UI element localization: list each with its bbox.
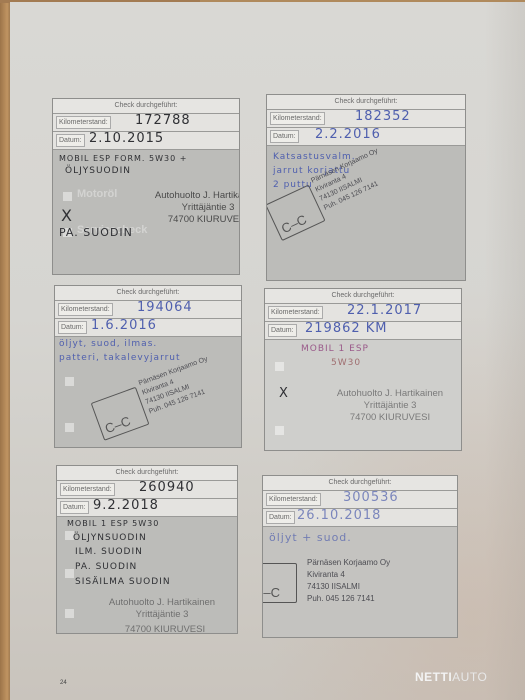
handwritten-note: ÖLJYSUODIN <box>65 166 131 176</box>
date-row: Datum: 2.2.2016 <box>267 128 465 146</box>
date-value: 2.2.2016 <box>315 126 381 143</box>
date-row: Datum: 9.2.2018 <box>57 499 237 517</box>
odometer-value: 300536 <box>343 489 399 506</box>
date-row: Datum: 26.10.2018 <box>263 509 457 527</box>
entry-notes-area: öljyt + suod. C–C Pärnäsen Korjaamo Oy K… <box>263 527 457 637</box>
date-value: 1.6.2016 <box>91 317 157 334</box>
date-label: Datum: <box>268 324 297 337</box>
car-logo-icon: C–C <box>263 563 297 603</box>
date-value: 9.2.2018 <box>93 497 159 514</box>
date-value: 26.10.2018 <box>297 507 381 524</box>
handwritten-note: PA. SUODIN <box>75 562 137 572</box>
handwritten-note: öljyt, suod, ilmas. <box>59 339 157 349</box>
entry-notes-area: MOBIL 1 ESP 5W30 ÖLJYNSUODIN ILM. SUODIN… <box>57 517 237 633</box>
odometer-value: 172788 <box>135 112 191 129</box>
odometer-label: Kilometerstand: <box>56 116 111 129</box>
stamp-line: Kiviranta 4 <box>307 569 390 581</box>
page-number: 24 <box>60 680 67 686</box>
odometer-value: 182352 <box>355 108 411 125</box>
odometer-label: Kilometerstand: <box>268 306 323 319</box>
stamp-line: Autohuolto J. Hartikainen <box>305 388 461 400</box>
watermark-light: AUTO <box>452 670 487 684</box>
checkbox-label: Motoröl <box>77 188 117 200</box>
workshop-stamp-hartikainen: Autohuolto J. Hartikainen Yrittäjäntie 3 <box>87 597 237 621</box>
entry-notes-area: Motoröl Servicecheck MOBIL ESP FORM. 5W3… <box>53 150 239 274</box>
check-mark: X <box>61 206 73 225</box>
stamp-line: Autohuolto J. Hartikainen <box>87 597 237 609</box>
stamp-line: Yrittäjäntie 3 <box>87 609 237 621</box>
date-row: Datum: 2.10.2015 <box>53 132 239 150</box>
checkbox <box>275 426 284 435</box>
checkbox <box>65 609 74 618</box>
nettiauto-watermark: NETTIAUTO <box>415 670 487 684</box>
workshop-stamp-hartikainen: Autohuolto J. Hartikainen Yrittäjäntie 3… <box>133 190 239 226</box>
stamp-line: 74700 KIURUVESI <box>305 412 461 424</box>
odometer-label: Kilometerstand: <box>266 493 321 506</box>
checkbox <box>65 377 74 386</box>
check-mark: X <box>279 386 289 401</box>
stamp-line: 74700 KIURUVESI <box>133 214 239 226</box>
watermark-bold: NETTI <box>415 670 452 684</box>
odometer-label: Kilometerstand: <box>60 483 115 496</box>
entry-notes-area: Katsastusvalm. jarrut korjattu 2 puttu C… <box>267 146 465 280</box>
service-entry-5: Check durchgeführt: Kilometerstand: 2609… <box>56 465 238 634</box>
stamp-line: 74130 IISALMI <box>307 581 390 593</box>
handwritten-note: PA. SUODIN <box>59 226 133 239</box>
odometer-value: 260940 <box>139 479 195 496</box>
date-row: Datum: 219862 KM <box>265 322 461 340</box>
handwritten-note: ILM. SUODIN <box>75 547 143 557</box>
handwritten-note: MOBIL 1 ESP 5W30 <box>67 519 159 528</box>
date-label: Datum: <box>56 134 85 147</box>
stamp-line: Yrittäjäntie 3 <box>133 202 239 214</box>
handwritten-note: 5W30 <box>331 358 361 368</box>
date-label: Datum: <box>266 511 295 524</box>
service-entry-4: Check durchgeführt: Kilometerstand: 22.1… <box>264 288 462 451</box>
checkbox <box>63 192 72 201</box>
service-entry-6: Check durchgeführt: Kilometerstand: 3005… <box>262 475 458 638</box>
date-value: 2.10.2015 <box>89 130 164 147</box>
date-label: Datum: <box>270 130 299 143</box>
handwritten-note: SISÄILMA SUODIN <box>75 577 171 587</box>
stamp-line: Autohuolto J. Hartikainen <box>133 190 239 202</box>
workshop-stamp-hartikainen: Autohuolto J. Hartikainen Yrittäjäntie 3… <box>305 388 461 424</box>
checkbox <box>65 423 74 432</box>
date-label: Datum: <box>58 321 87 334</box>
odometer-label: Kilometerstand: <box>270 112 325 125</box>
odometer-label: Kilometerstand: <box>58 303 113 316</box>
service-entry-3: Check durchgeführt: Kilometerstand: 1940… <box>54 285 242 448</box>
handwritten-note: patteri, takalevyjarrut <box>59 353 181 363</box>
date-row: Datum: 1.6.2016 <box>55 319 241 337</box>
stamp-line: Pärnäsen Korjaamo Oy <box>307 557 390 569</box>
handwritten-note: ÖLJYNSUODIN <box>73 533 147 543</box>
handwritten-note: MOBIL ESP FORM. 5W30 + <box>59 154 187 163</box>
service-entry-2: Check durchgeführt: Kilometerstand: 1823… <box>266 94 466 281</box>
entry-notes-area: MOBIL 1 ESP 5W30 X Autohuolto J. Hartika… <box>265 340 461 450</box>
odometer-value: 194064 <box>137 299 193 316</box>
stamp-line: Puh. 045 126 7141 <box>307 593 390 605</box>
car-logo-icon: C–C <box>91 387 150 441</box>
date-label: Datum: <box>60 501 89 514</box>
service-entry-1: Check durchgeführt: Kilometerstand: 1727… <box>52 98 240 275</box>
checkbox <box>275 362 284 371</box>
handwritten-note: MOBIL 1 ESP <box>301 344 369 354</box>
stamp-overflow-line: 74700 KIURUVESI <box>90 624 240 636</box>
checkbox <box>65 569 74 578</box>
handwritten-note: öljyt + suod. <box>269 531 352 544</box>
date-value: 219862 KM <box>305 320 388 337</box>
entry-notes-area: öljyt, suod, ilmas. patteri, takalevyjar… <box>55 337 241 447</box>
stamp-line: Yrittäjäntie 3 <box>305 400 461 412</box>
odometer-value: 22.1.2017 <box>347 302 422 319</box>
